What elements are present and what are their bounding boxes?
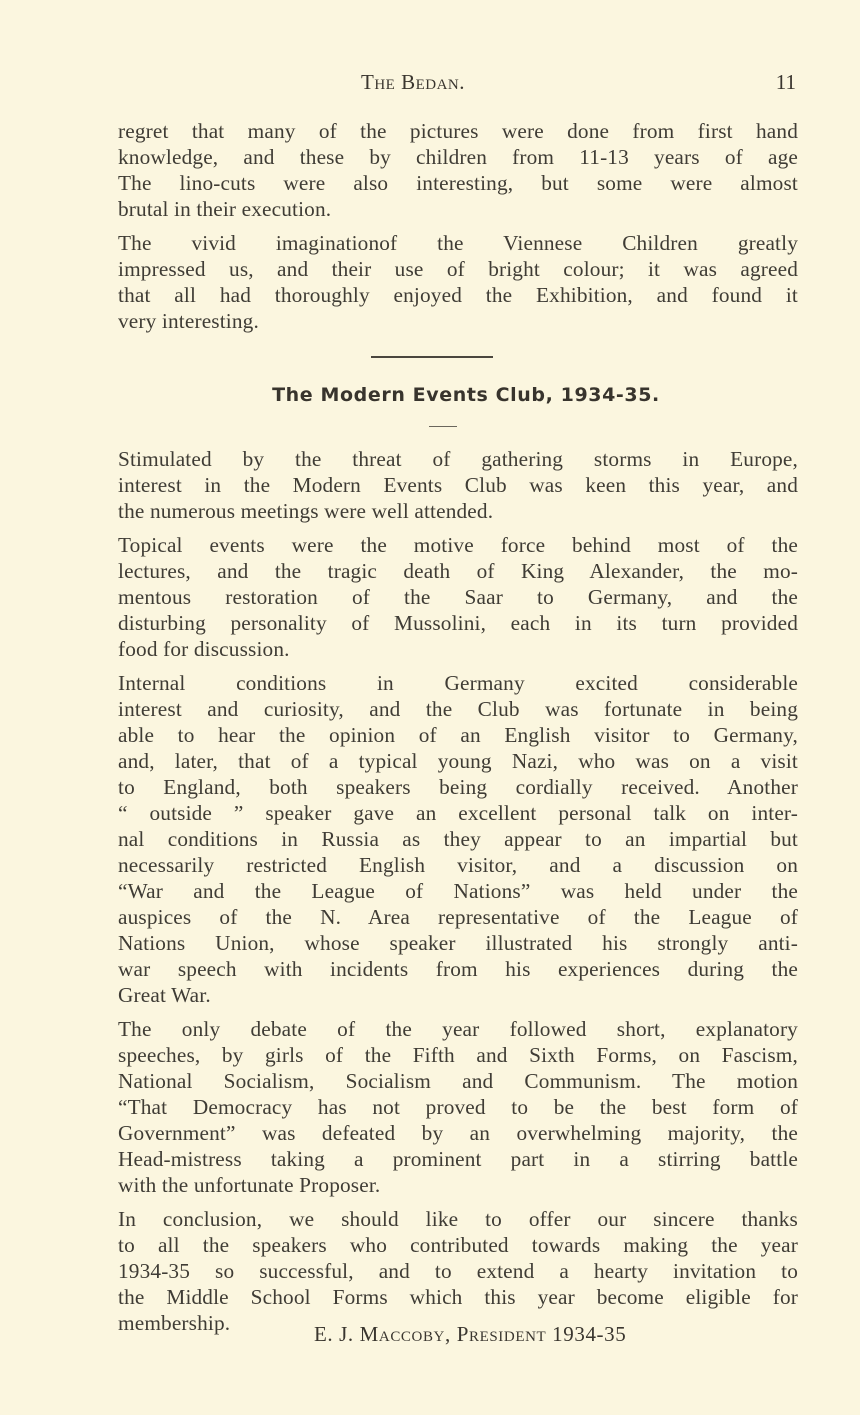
signature-year: 1934-35 (552, 1322, 626, 1346)
text-line: the numerous meetings were well attended… (118, 498, 798, 524)
text-line: regret that many of the pictures were do… (118, 118, 798, 144)
text-line: auspices of the N. Area representative o… (118, 904, 798, 930)
text-line: Government” was defeated by an overwhelm… (118, 1120, 798, 1146)
text-line: the Middle School Forms which this year … (118, 1284, 798, 1310)
text-line: The lino-cuts were also interesting, but… (118, 170, 798, 196)
text-line: necessarily restricted English visitor, … (118, 852, 798, 878)
paragraph: Stimulated by the threat of gathering st… (118, 446, 798, 524)
running-title: The Bedan. (361, 70, 465, 95)
text-line: disturbing personality of Mussolini, eac… (118, 610, 798, 636)
text-line: The only debate of the year followed sho… (118, 1016, 798, 1042)
paragraph: The only debate of the year followed sho… (118, 1016, 798, 1198)
text-line: war speech with incidents from his exper… (118, 956, 798, 982)
page-number: 11 (776, 70, 796, 95)
running-head: The Bedan. 11 (118, 70, 798, 100)
text-line: Topical events were the motive force beh… (118, 532, 798, 558)
text-line: interest in the Modern Events Club was k… (118, 472, 798, 498)
paragraph: Topical events were the motive force beh… (118, 532, 798, 662)
text-line: to all the speakers who contributed towa… (118, 1232, 798, 1258)
paragraph: Internal conditions in Germany excited c… (118, 670, 798, 1008)
section-title: The Modern Events Club, 1934-35. (118, 384, 798, 406)
title-underline (429, 426, 457, 427)
text-line: The vivid imaginationof the Viennese Chi… (118, 230, 798, 256)
text-line: knowledge, and these by children from 11… (118, 144, 798, 170)
text-line: “ outside ” speaker gave an excellent pe… (118, 800, 798, 826)
text-line: Great War. (118, 982, 798, 1008)
signature-name: Maccoby, (360, 1322, 451, 1346)
text-line: Internal conditions in Germany excited c… (118, 670, 798, 696)
text-line: interest and curiosity, and the Club was… (118, 696, 798, 722)
signature-title: President (457, 1322, 547, 1346)
text-line: nal conditions in Russia as they appear … (118, 826, 798, 852)
text-line: that all had thoroughly enjoyed the Exhi… (118, 282, 798, 308)
paragraph: In conclusion, we should like to offer o… (118, 1206, 798, 1336)
intro-text: regret that many of the pictures were do… (118, 118, 798, 334)
text-line: Stimulated by the threat of gathering st… (118, 446, 798, 472)
text-line: able to hear the opinion of an English v… (118, 722, 798, 748)
text-line: food for discussion. (118, 636, 798, 662)
text-line: lectures, and the tragic death of King A… (118, 558, 798, 584)
text-line: National Socialism, Socialism and Commun… (118, 1068, 798, 1094)
signature: E. J. Maccoby, President 1934-35 (314, 1322, 626, 1347)
text-line: very interesting. (118, 308, 798, 334)
text-line: mentous restoration of the Saar to Germa… (118, 584, 798, 610)
text-line: 1934-35 so successful, and to extend a h… (118, 1258, 798, 1284)
text-line: speeches, by girls of the Fifth and Sixt… (118, 1042, 798, 1068)
text-line: impressed us, and their use of bright co… (118, 256, 798, 282)
paragraph: regret that many of the pictures were do… (118, 118, 798, 222)
text-line: “That Democracy has not proved to be the… (118, 1094, 798, 1120)
text-line: Nations Union, whose speaker illustrated… (118, 930, 798, 956)
text-line: and, later, that of a typical young Nazi… (118, 748, 798, 774)
text-line: “War and the League of Nations” was held… (118, 878, 798, 904)
text-line: In conclusion, we should like to offer o… (118, 1206, 798, 1232)
article-body: Stimulated by the threat of gathering st… (118, 446, 798, 1336)
text-line: with the unfortunate Proposer. (118, 1172, 798, 1198)
text-line: to England, both speakers being cordiall… (118, 774, 798, 800)
section-divider (371, 356, 493, 358)
text-line: Head-mistress taking a prominent part in… (118, 1146, 798, 1172)
text-line: brutal in their execution. (118, 196, 798, 222)
signature-initials: E. J. (314, 1322, 354, 1346)
paragraph: The vivid imaginationof the Viennese Chi… (118, 230, 798, 334)
